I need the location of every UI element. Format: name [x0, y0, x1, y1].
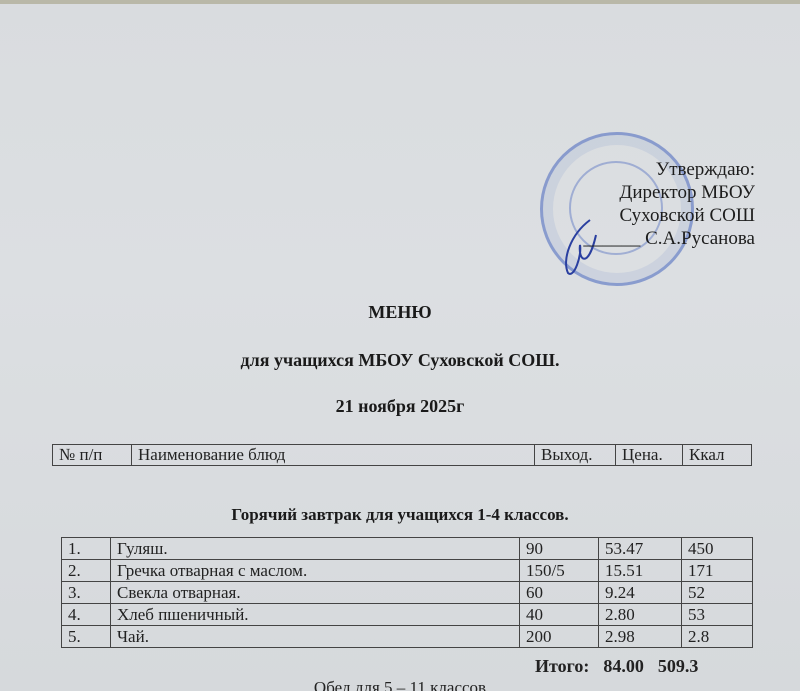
cell-kcal: 2.8 — [682, 626, 753, 648]
cell-price: 9.24 — [599, 582, 682, 604]
total-label: Итого: — [535, 656, 589, 676]
cell-num: 3. — [62, 582, 111, 604]
approval-line: Суховской СОШ — [583, 204, 755, 227]
header-name: Наименование блюд — [132, 445, 535, 466]
section-title: Горячий завтрак для учащихся 1-4 классов… — [0, 505, 800, 525]
cell-num: 5. — [62, 626, 111, 648]
cell-price: 53.47 — [599, 538, 682, 560]
cell-yield: 40 — [520, 604, 599, 626]
total-price: 84.00 — [603, 656, 644, 676]
cell-name: Хлеб пшеничный. — [111, 604, 520, 626]
approval-line: Директор МБОУ — [583, 181, 755, 204]
cell-yield: 150/5 — [520, 560, 599, 582]
cell-kcal: 53 — [682, 604, 753, 626]
approval-signatory: ______ С.А.Русанова — [583, 227, 755, 250]
cell-name: Гуляш. — [111, 538, 520, 560]
approval-block: Утверждаю: Директор МБОУ Суховской СОШ _… — [583, 158, 755, 250]
cell-price: 2.98 — [599, 626, 682, 648]
table-row: 2.Гречка отварная с маслом.150/515.51171 — [62, 560, 753, 582]
header-num: № п/п — [53, 445, 132, 466]
table-row: 5.Чай.2002.982.8 — [62, 626, 753, 648]
next-section-title: Обед для 5 – 11 классов — [0, 678, 800, 691]
cell-yield: 90 — [520, 538, 599, 560]
cell-name: Свекла отварная. — [111, 582, 520, 604]
cell-num: 2. — [62, 560, 111, 582]
cell-price: 15.51 — [599, 560, 682, 582]
photo-edge — [0, 0, 800, 4]
menu-header-table: № п/п Наименование блюд Выход. Цена. Кка… — [52, 444, 752, 466]
total-kcal: 509.3 — [658, 656, 699, 676]
table-row: 3.Свекла отварная.609.2452 — [62, 582, 753, 604]
menu-table: 1.Гуляш.9053.474502.Гречка отварная с ма… — [61, 537, 753, 648]
cell-num: 4. — [62, 604, 111, 626]
approval-line: Утверждаю: — [583, 158, 755, 181]
cell-name: Чай. — [111, 626, 520, 648]
cell-yield: 200 — [520, 626, 599, 648]
cell-num: 1. — [62, 538, 111, 560]
cell-name: Гречка отварная с маслом. — [111, 560, 520, 582]
table-header-row: № п/п Наименование блюд Выход. Цена. Кка… — [53, 445, 752, 466]
cell-price: 2.80 — [599, 604, 682, 626]
page-subtitle: для учащихся МБОУ Суховской СОШ. — [0, 350, 800, 371]
cell-kcal: 52 — [682, 582, 753, 604]
header-kcal: Ккал — [683, 445, 752, 466]
table-row: 4.Хлеб пшеничный.402.8053 — [62, 604, 753, 626]
total-row: Итого:84.00509.3 — [535, 656, 712, 677]
cell-kcal: 171 — [682, 560, 753, 582]
menu-date: 21 ноября 2025г — [0, 396, 800, 417]
page-title: МЕНЮ — [0, 302, 800, 323]
cell-yield: 60 — [520, 582, 599, 604]
table-row: 1.Гуляш.9053.47450 — [62, 538, 753, 560]
header-price: Цена. — [616, 445, 683, 466]
cell-kcal: 450 — [682, 538, 753, 560]
header-yield: Выход. — [535, 445, 616, 466]
